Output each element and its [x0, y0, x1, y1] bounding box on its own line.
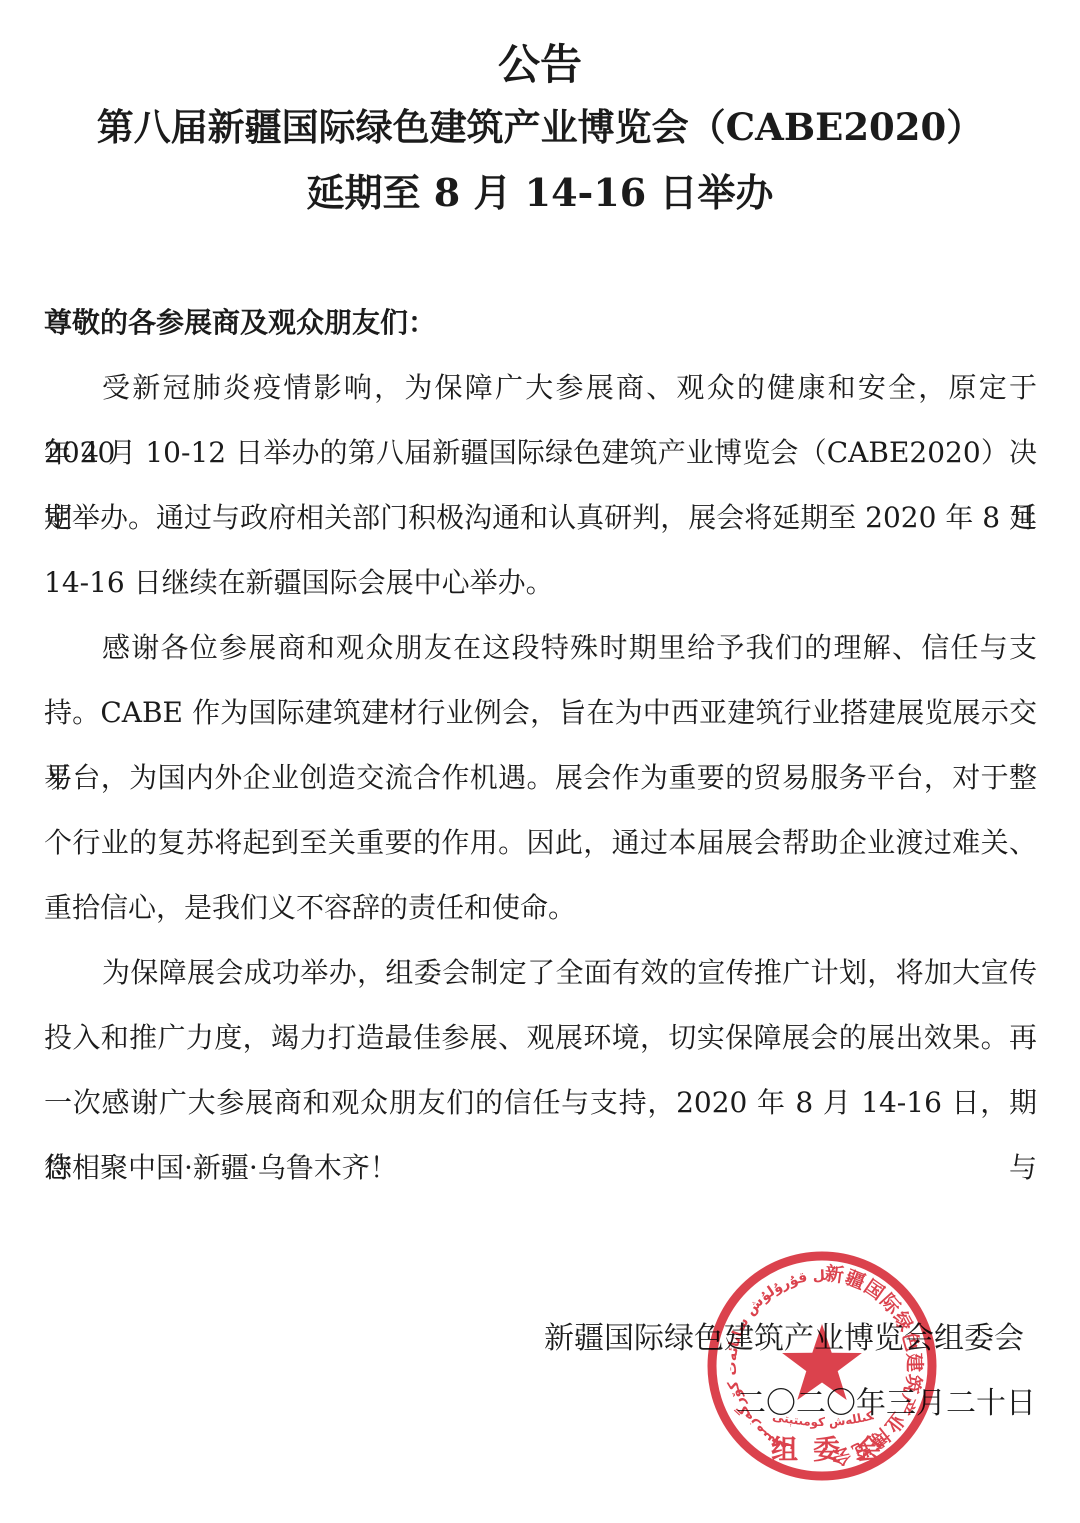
body-line: 个行业的复苏将起到至关重要的作用。因此，通过本届展会帮助企业渡过难关、 [44, 810, 1037, 875]
body-line: 受新冠肺炎疫情影响，为保障广大参展商、观众的健康和安全，原定于 2020 [44, 355, 1037, 420]
seal-ring-text: 新疆国际绿色建筑产业博览会 [823, 1262, 926, 1470]
body-line: 年 4 月 10-12 日举办的第八届新疆国际绿色建筑产业博览会（CABE202… [44, 420, 1037, 485]
seal-bottom-label: 组委会 [771, 1435, 897, 1466]
announcement-document: { "page": { "background_color": "#ffffff… [0, 0, 1080, 1523]
signature-organization: 新疆国际绿色建筑产业博览会组委会 [544, 1318, 1024, 1360]
body-line: 平台，为国内外企业创造交流合作机遇。展会作为重要的贸易服务平台，对于整 [44, 745, 1037, 810]
body-line: 期举办。通过与政府相关部门积极沟通和认真研判，展会将延期至 2020 年 8 月 [44, 485, 1037, 550]
body-line: 一次感谢广大参展商和观众朋友们的信任与支持，2020 年 8 月 14-16 日… [44, 1070, 1037, 1135]
official-seal-stamp: 新疆国际绿色建筑产业博览会 شىنجاڭ خەلقئارا يېشىل قۇرۇ… [702, 1246, 942, 1486]
body-line: 您相聚中国·新疆·乌鲁木齐！ [44, 1135, 1037, 1200]
signature-date: 二〇二〇年三月二十日 [736, 1383, 1036, 1425]
seal-ring-icon [712, 1256, 932, 1476]
body-line: 重拾信心，是我们义不容辞的责任和使命。 [44, 875, 1037, 940]
notice-title: 公告 [0, 38, 1080, 92]
body-line: 感谢各位参展商和观众朋友在这段特殊时期里给予我们的理解、信任与支 [44, 615, 1037, 680]
expo-title: 第八届新疆国际绿色建筑产业博览会（CABE2020） [0, 101, 1080, 153]
body-line: 14-16 日继续在新疆国际会展中心举办。 [44, 550, 1037, 615]
postponement-subtitle: 延期至 8 月 14-16 日举办 [0, 167, 1080, 219]
body-line: 投入和推广力度，竭力打造最佳参展、观展环境，切实保障展会的展出效果。再 [44, 1005, 1037, 1070]
body-line: 持。CABE 作为国际建筑建材行业例会，旨在为中西亚建筑行业搭建展览展示交易 [44, 680, 1037, 745]
body-line: 为保障展会成功举办，组委会制定了全面有效的宣传推广计划，将加大宣传 [44, 940, 1037, 1005]
salutation: 尊敬的各参展商及观众朋友们： [44, 290, 1037, 355]
